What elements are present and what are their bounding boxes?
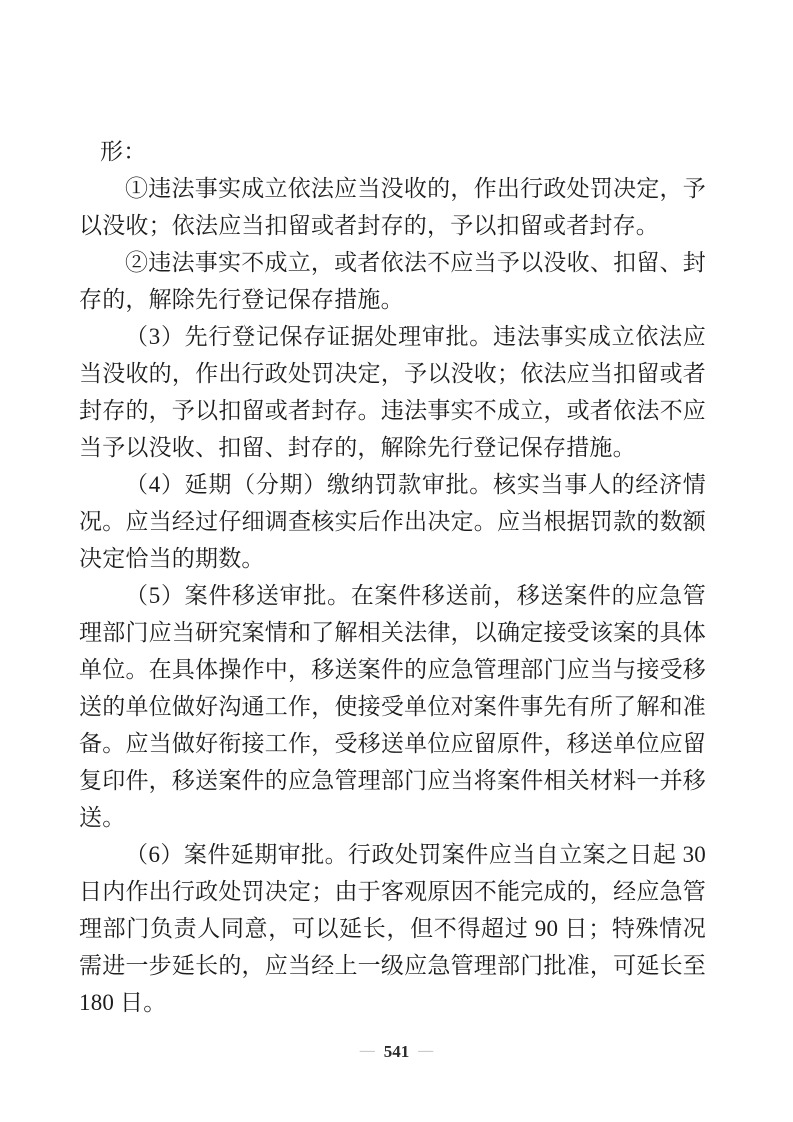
paragraph-item-6: （6）案件延期审批。行政处罚案件应当自立案之日起 30 日内作出行政处罚决定；由… [79, 836, 706, 1021]
paragraph-item-1: ①违法事实成立依法应当没收的，作出行政处罚决定，予以没收；依法应当扣留或者封存的… [79, 170, 706, 244]
page-number: 541 [384, 1042, 410, 1061]
page-body-text: 形： ①违法事实成立依法应当没收的，作出行政处罚决定，予以没收；依法应当扣留或者… [79, 133, 706, 1021]
footer-dash-right: — [418, 1043, 433, 1059]
document-page: 形： ①违法事实成立依法应当没收的，作出行政处罚决定，予以没收；依法应当扣留或者… [0, 0, 793, 1122]
paragraph-item-4: （4）延期（分期）缴纳罚款审批。核实当事人的经济情况。应当经过仔细调查核实后作出… [79, 466, 706, 577]
footer-dash-left: — [360, 1043, 375, 1059]
paragraph-item-2: ②违法事实不成立，或者依法不应当予以没收、扣留、封存的，解除先行登记保存措施。 [79, 244, 706, 318]
paragraph-item-5: （5）案件移送审批。在案件移送前，移送案件的应急管理部门应当研究案情和了解相关法… [79, 577, 706, 836]
paragraph-item-3: （3）先行登记保存证据处理审批。违法事实成立依法应当没收的，作出行政处罚决定，予… [79, 318, 706, 466]
paragraph-continuation: 形： [79, 133, 706, 170]
page-footer: —541— [0, 1042, 793, 1062]
